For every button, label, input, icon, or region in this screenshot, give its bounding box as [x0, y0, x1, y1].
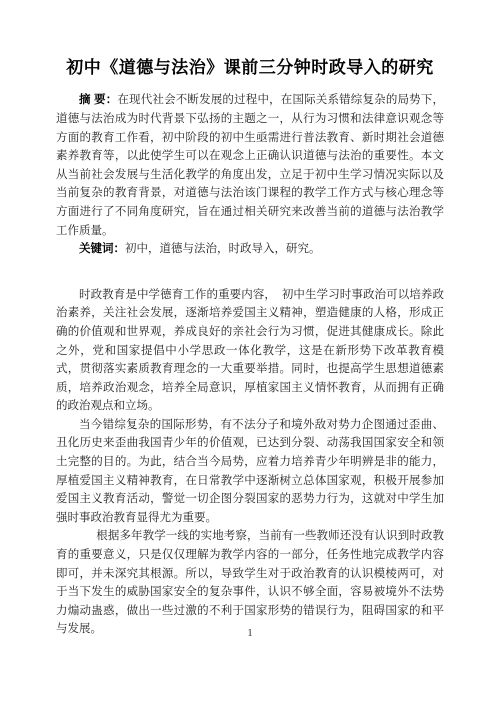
abstract-paragraph: 摘 要：在现代社会不断发展的过程中，在国际关系错综复杂的局势下，道德与法治成为时…	[56, 91, 444, 240]
body-text: 时政教育是中学德育工作的重要内容， 初中生学习时事政治可以培养政治素养，关注社会…	[56, 286, 444, 639]
abstract-label: 摘 要：	[79, 94, 117, 106]
body-paragraph: 时政教育是中学德育工作的重要内容， 初中生学习时事政治可以培养政治素养，关注社会…	[56, 286, 444, 416]
body-paragraph: 当今错综复杂的国际形势，有不法分子和境外敌对势力企图通过歪曲、丑化历史来歪曲我国…	[56, 416, 444, 528]
page-number: 1	[0, 627, 500, 639]
document-page: 初中《道德与法治》课前三分钟时政导入的研究 摘 要：在现代社会不断发展的过程中，…	[0, 0, 500, 707]
body-paragraph: 根据多年教学一线的实地考察，当前有一些教师还没有认识到时政教育的重要意义，只是仅…	[56, 527, 444, 639]
page-content: 初中《道德与法治》课前三分钟时政导入的研究 摘 要：在现代社会不断发展的过程中，…	[56, 56, 444, 639]
abstract-text: 在现代社会不断发展的过程中，在国际关系错综复杂的局势下，道德与法治成为时代背景下…	[56, 94, 444, 236]
page-title: 初中《道德与法治》课前三分钟时政导入的研究	[56, 56, 444, 80]
keywords-label: 关键词：	[79, 243, 125, 255]
keywords-text: 初中，道德与法治，时政导入，研究。	[125, 243, 321, 255]
keywords-line: 关键词：初中，道德与法治，时政导入，研究。	[56, 240, 444, 259]
